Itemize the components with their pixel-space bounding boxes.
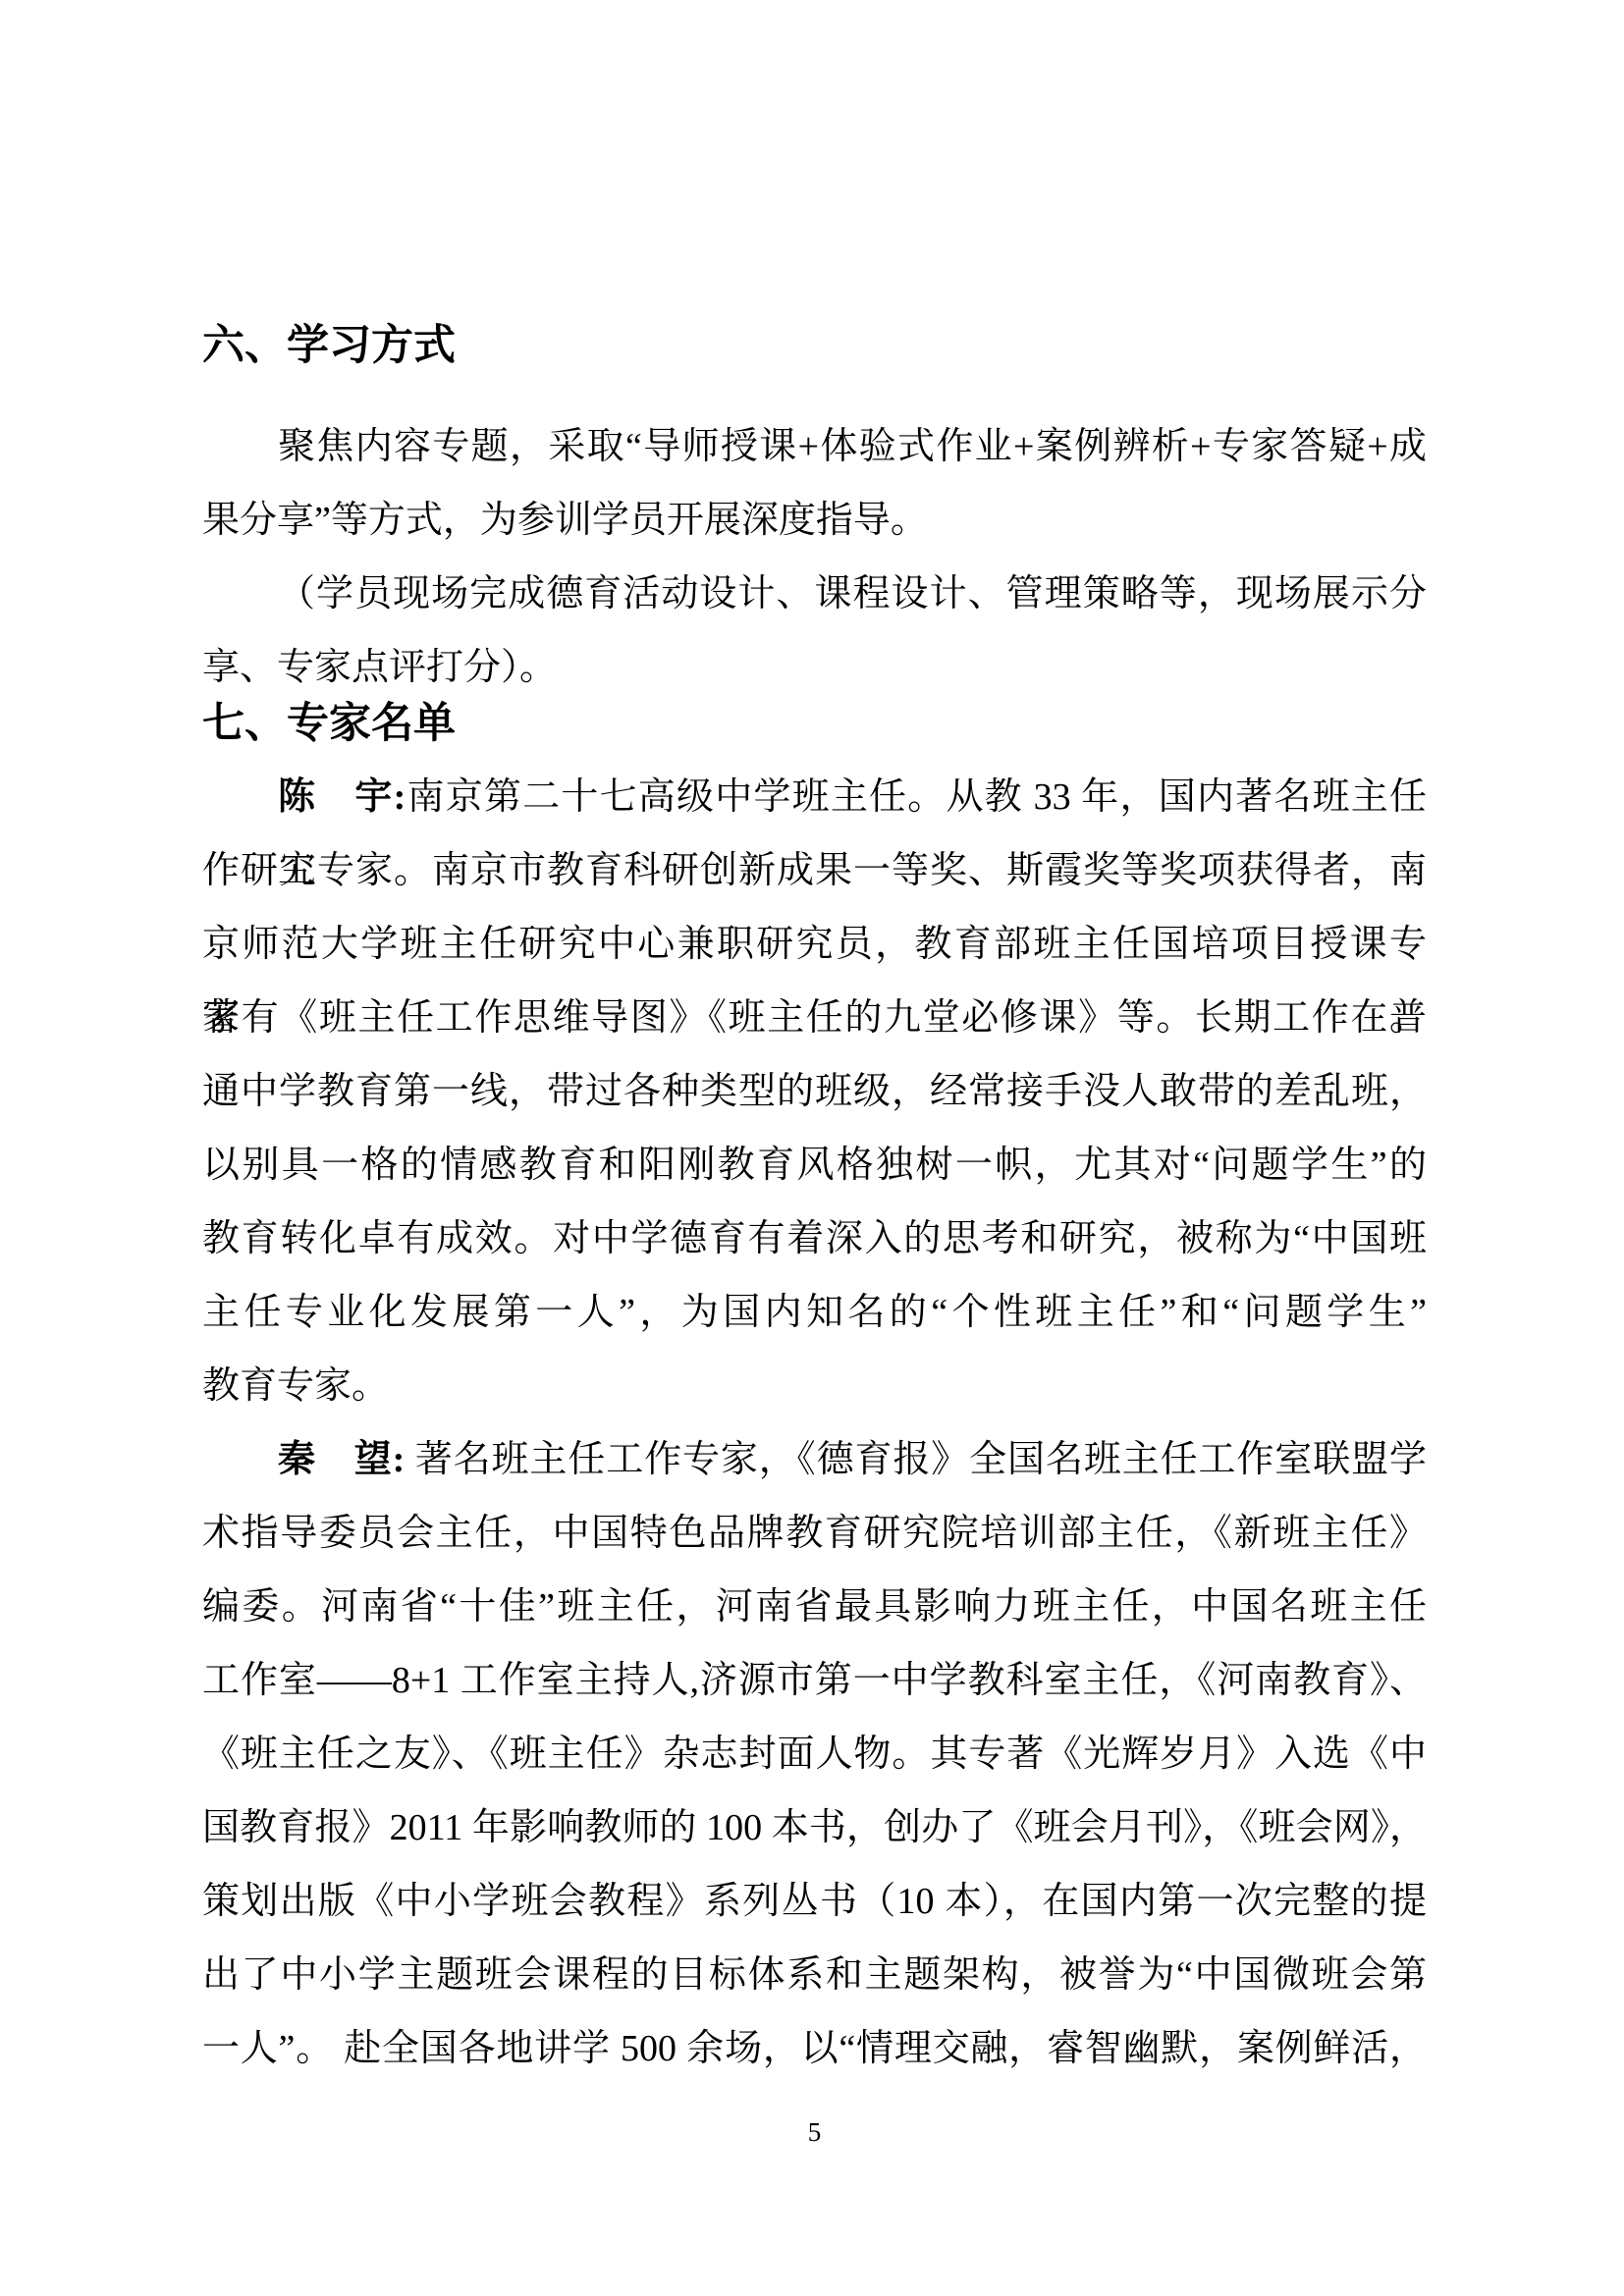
text-line: 一人”。 赴全国各地讲学 500 余场，以“情理交融，睿智幽默，案例鲜活，: [202, 2012, 1427, 2086]
text-line: 术指导委员会主任，中国特色品牌教育研究院培训部主任，《新班主任》: [202, 1497, 1427, 1571]
text-line: 著有《班主任工作思维导图》《班主任的九堂必修课》等。长期工作在普: [202, 982, 1427, 1055]
page-number: 5: [202, 2112, 1427, 2152]
text-line: 主任专业化发展第一人”，为国内知名的“个性班主任”和“问题学生”: [202, 1276, 1427, 1350]
text-line: 秦 望: 著名班主任工作专家，《德育报》全国名班主任工作室联盟学: [202, 1423, 1427, 1497]
text-line: 出了中小学主题班会课程的目标体系和主题架构，被誉为“中国微班会第: [202, 1939, 1427, 2012]
text-line: 策划出版《中小学班会教程》系列丛书（10 本），在国内第一次完整的提: [202, 1865, 1427, 1939]
text-line: 聚焦内容专题，采取“导师授课+体验式作业+案例辨析+专家答疑+成: [202, 410, 1427, 484]
section-heading-expert-list: 七、专家名单: [202, 687, 1427, 761]
text-line: 作研究专家。南京市教育科研创新成果一等奖、斯霞奖等奖项获得者，南: [202, 834, 1427, 908]
document-page: 六、学习方式 聚焦内容专题，采取“导师授课+体验式作业+案例辨析+专家答疑+成 …: [0, 0, 1624, 2296]
text-line: 通中学教育第一线，带过各种类型的班级，经常接手没人敢带的差乱班，: [202, 1055, 1427, 1129]
text-line: 工作室——8+1 工作室主持人,济源市第一中学教科室主任，《河南教育》、: [202, 1644, 1427, 1718]
text-line: 京师范大学班主任研究中心兼职研究员，教育部班主任国培项目授课专家。: [202, 908, 1427, 982]
text-line: 以别具一格的情感教育和阳刚教育风格独树一帜，尤其对“问题学生”的: [202, 1129, 1427, 1202]
page-content: 六、学习方式 聚焦内容专题，采取“导师授课+体验式作业+案例辨析+专家答疑+成 …: [202, 309, 1427, 2086]
expert-name-qin-wang: 秦 望:: [278, 1439, 405, 1480]
text-line: 果分享”等方式，为参训学员开展深度指导。: [202, 484, 1427, 558]
text-line: 编委。河南省“十佳”班主任，河南省最具影响力班主任，中国名班主任: [202, 1571, 1427, 1644]
text-line: 国教育报》2011 年影响教师的 100 本书，创办了《班会月刊》，《班会网》，: [202, 1791, 1427, 1865]
section-heading-learning-method: 六、学习方式: [202, 309, 1427, 383]
text-line: 教育专家。: [202, 1350, 1427, 1423]
expert-name-chen-yu: 陈 宇:: [278, 776, 406, 818]
text-line: （学员现场完成德育活动设计、课程设计、管理策略等，现场展示分: [202, 558, 1427, 631]
text-line: 教育转化卓有成效。对中学德育有着深入的思考和研究，被称为“中国班: [202, 1202, 1427, 1276]
text-line: 陈 宇:南京第二十七高级中学班主任。从教 33 年，国内著名班主任工: [202, 761, 1427, 834]
text-line: 《班主任之友》、《班主任》杂志封面人物。其专著《光辉岁月》入选《中: [202, 1718, 1427, 1791]
text-line-rest: 著名班主任工作专家，《德育报》全国名班主任工作室联盟学: [405, 1439, 1427, 1480]
